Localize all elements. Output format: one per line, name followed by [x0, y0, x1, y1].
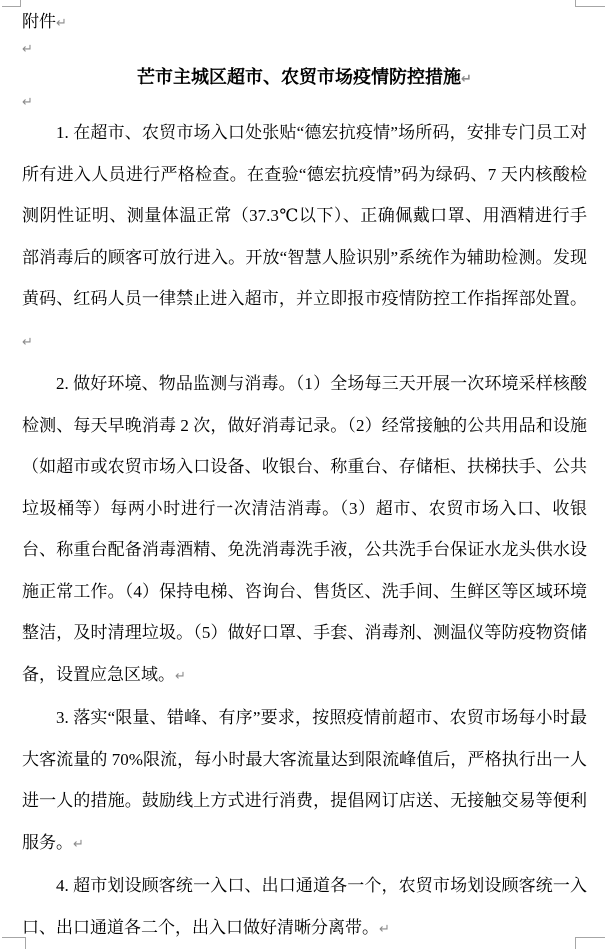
empty-line: ↵	[22, 92, 587, 112]
paragraph-mark: ↵	[461, 72, 472, 87]
paragraph-mark: ↵	[22, 42, 33, 57]
attachment-label: 附件	[22, 12, 56, 31]
paragraph-mark: ↵	[73, 837, 84, 852]
document-title: 芒市主城区超市、农贸市场疫情防控措施	[137, 67, 461, 87]
paragraph-mark: ↵	[56, 16, 67, 31]
crop-mark-top-right	[575, 0, 605, 7]
paragraph-mark: ↵	[22, 335, 33, 350]
paragraph-text: 4. 超市划设顾客统一入口、出口通道各一个，农贸市场划设顾客统一入口、出口通道各…	[22, 876, 587, 937]
paragraph-text: 2. 做好环境、物品监测与消毒。（1）全场每三天开展一次环境采样核酸检测、每天早…	[22, 374, 587, 684]
document-title-line: 芒市主城区超市、农贸市场疫情防控措施↵	[22, 62, 587, 92]
document-page: 附件↵ ↵ 芒市主城区超市、农贸市场疫情防控措施↵ ↵ 1. 在超市、农贸市场入…	[0, 0, 606, 949]
paragraph-mark: ↵	[379, 922, 390, 937]
body-paragraph-4: 4. 超市划设顾客统一入口、出口通道各一个，农贸市场划设顾客统一入口、出口通道各…	[22, 865, 587, 949]
paragraph-mark: ↵	[22, 95, 33, 110]
empty-line: ↵	[22, 36, 587, 62]
document-content: 附件↵ ↵ 芒市主城区超市、农贸市场疫情防控措施↵ ↵ 1. 在超市、农贸市场入…	[22, 8, 587, 949]
body-paragraph-2: 2. 做好环境、物品监测与消毒。（1）全场每三天开展一次环境采样核酸检测、每天早…	[22, 363, 587, 697]
body-paragraph-3: 3. 落实“限量、错峰、有序”要求，按照疫情前超市、农贸市场每小时最大客流量的 …	[22, 697, 587, 865]
document-body: 1. 在超市、农贸市场入口处张贴“德宏抗疫情”场所码，安排专门员工对所有进入人员…	[22, 112, 587, 949]
paragraph-text: 1. 在超市、农贸市场入口处张贴“德宏抗疫情”场所码，安排专门员工对所有进入人员…	[22, 123, 587, 308]
paragraph-mark: ↵	[175, 669, 186, 684]
paragraph-text: 3. 落实“限量、错峰、有序”要求，按照疫情前超市、农贸市场每小时最大客流量的 …	[22, 708, 587, 852]
crop-mark-top-left	[2, 0, 21, 7]
body-paragraph-1: 1. 在超市、农贸市场入口处张贴“德宏抗疫情”场所码，安排专门员工对所有进入人员…	[22, 112, 587, 363]
attachment-label-line: 附件↵	[22, 8, 587, 36]
